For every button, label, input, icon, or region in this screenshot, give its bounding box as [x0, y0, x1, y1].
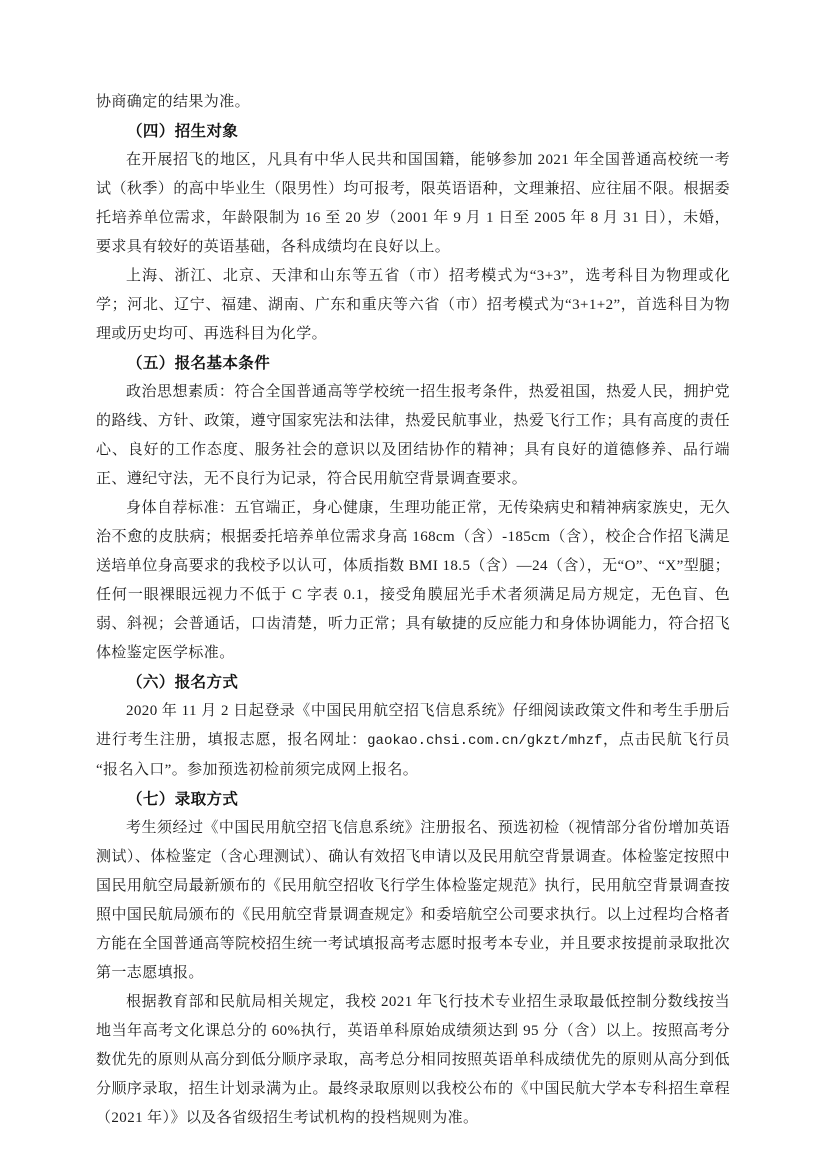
paragraph-admission-process: 考生须经过《中国民用航空招飞信息系统》注册报名、预选初检（视情部分省份增加英语测…: [96, 814, 730, 988]
paragraph-continuation: 协商确定的结果为准。: [96, 88, 730, 117]
paragraph-eligibility: 在开展招飞的地区，凡具有中华人民共和国国籍，能够参加 2021 年全国普通高校统…: [96, 146, 730, 262]
section-heading-5-application-requirements: （五）报名基本条件: [96, 349, 730, 378]
section-heading-4-enrollment-targets: （四）招生对象: [96, 117, 730, 146]
paragraph-admission-scores: 根据教育部和民航局相关规定，我校 2021 年飞行技术专业招生录取最低控制分数线…: [96, 988, 730, 1133]
paragraph-political-quality: 政治思想素质：符合全国普通高等学校统一招生报考条件，热爱祖国，热爱人民，拥护党的…: [96, 378, 730, 494]
paragraph-exam-modes: 上海、浙江、北京、天津和山东等五省（市）招考模式为“3+3”，选考科目为物理或化…: [96, 262, 730, 349]
section-heading-7-admission-method: （七）录取方式: [96, 785, 730, 814]
registration-url: gaokao.chsi.com.cn/gkzt/mhzf: [367, 733, 602, 749]
section-heading-6-registration-method: （六）报名方式: [96, 668, 730, 697]
paragraph-registration: 2020 年 11 月 2 日起登录《中国民用航空招飞信息系统》仔细阅读政策文件…: [96, 697, 730, 785]
paragraph-physical-standards: 身体自荐标准：五官端正，身心健康，生理功能正常，无传染病史和精神病家族史，无久治…: [96, 494, 730, 668]
document-page: 协商确定的结果为准。 （四）招生对象 在开展招飞的地区，凡具有中华人民共和国国籍…: [0, 0, 826, 1169]
